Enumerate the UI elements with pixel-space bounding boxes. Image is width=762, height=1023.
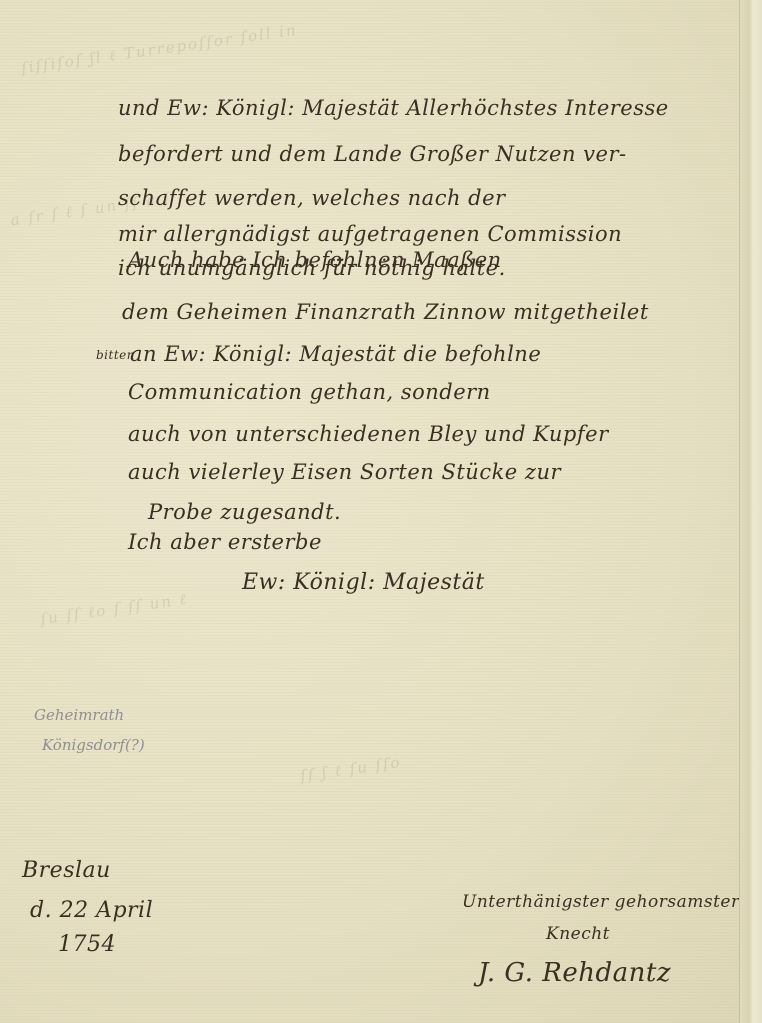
- letter-line: an Ew: Königl: Majestät die befohlne: [130, 342, 541, 366]
- letter-line: mir allergnädigst aufgetragenen Commissi…: [118, 222, 622, 246]
- letter-line: Probe zugesandt.: [148, 500, 341, 524]
- signature-formula: Unterthänigster gehorsamster: [462, 892, 740, 912]
- closing-salutation: Ew: Königl: Majestät: [242, 570, 485, 595]
- manuscript-page: ſiſſiſoſ ʃl ℓ Turrepoſſor ſoll in a ſr ſ…: [0, 0, 762, 1023]
- pencil-annotation: Königsdorf(?): [42, 736, 145, 754]
- bleed-through-text: ſſ ʃ ℓ ſu ſſo: [299, 753, 402, 786]
- date-day-month: d. 22 April: [30, 898, 153, 923]
- letter-line: und Ew: Königl: Majestät Allerhöchstes I…: [118, 96, 669, 120]
- pencil-annotation: Geheimrath: [34, 706, 124, 724]
- signature-name: J. G. Rehdantz: [478, 958, 671, 988]
- bleed-through-text: ſu ſſ ℓo ſ ſſ un ℓ: [39, 590, 189, 629]
- letter-line: auch von unterschiedenen Bley und Kupfer: [128, 422, 609, 446]
- letter-line: Communication gethan, sondern: [128, 380, 491, 404]
- letter-line: auch vielerley Eisen Sorten Stücke zur: [128, 460, 561, 484]
- page-binding-edge: [739, 0, 762, 1023]
- letter-line: Auch habe Ich befohlnen Maaßen: [128, 248, 502, 272]
- letter-line: Ich aber ersterbe: [128, 530, 322, 554]
- letter-line: dem Geheimen Finanzrath Zinnow mitgethei…: [122, 300, 649, 324]
- date-year: 1754: [58, 932, 116, 957]
- place-name: Breslau: [22, 858, 111, 883]
- letter-line: schaffet werden, welches nach der: [118, 186, 506, 210]
- bleed-through-text: ſiſſiſoſ ʃl ℓ Turrepoſſor ſoll in: [20, 21, 299, 79]
- margin-note: bitten: [96, 348, 135, 362]
- signature-title: Knecht: [546, 924, 610, 944]
- letter-line: befordert und dem Lande Großer Nutzen ve…: [118, 142, 627, 166]
